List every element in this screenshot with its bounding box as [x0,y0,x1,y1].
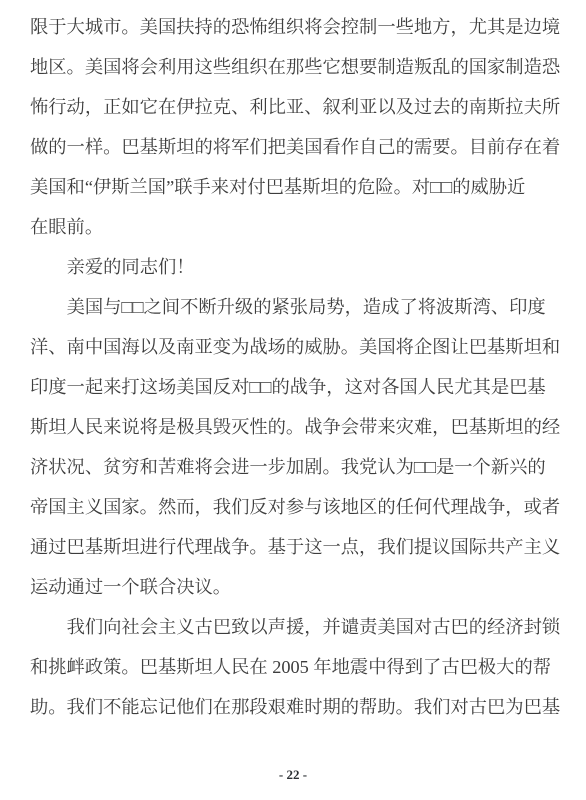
text-line: 在眼前。 [30,207,564,247]
text-line: 济状况、贫穷和苦难将会进一步加剧。我党认为□□是一个新兴的 [30,447,564,487]
text-line: 美国与□□之间不断升级的紧张局势，造成了将波斯湾、印度 [30,287,564,327]
text-line: 洋、南中国海以及南亚变为战场的威胁。美国将企图让巴基斯坦和 [30,327,564,367]
document-page: 限于大城市。美国扶持的恐怖组织将会控制一些地方，尤其是边境地区。美国将会利用这些… [0,0,586,800]
text-line: 和挑衅政策。巴基斯坦人民在 2005 年地震中得到了古巴极大的帮 [30,647,564,687]
text-line: 运动通过一个联合决议。 [30,567,564,607]
text-line: 亲爱的同志们！ [30,247,564,287]
text-line: 助。我们不能忘记他们在那段艰难时期的帮助。我们对古巴为巴基 [30,687,564,727]
page-text-block: 限于大城市。美国扶持的恐怖组织将会控制一些地方，尤其是边境地区。美国将会利用这些… [30,7,564,727]
text-line: 帝国主义国家。然而，我们反对参与该地区的任何代理战争，或者 [30,487,564,527]
text-line: 美国和“伊斯兰国”联手来对付巴基斯坦的危险。对□□的威胁近 [30,167,564,207]
text-line: 地区。美国将会利用这些组织在那些它想要制造叛乱的国家制造恐 [30,47,564,87]
text-line: 做的一样。巴基斯坦的将军们把美国看作自己的需要。目前存在着 [30,127,564,167]
text-line: 我们向社会主义古巴致以声援，并谴责美国对古巴的经济封锁 [30,607,564,647]
text-line: 印度一起来打这场美国反对□□的战争，这对各国人民尤其是巴基 [30,367,564,407]
text-line: 斯坦人民来说将是极具毁灭性的。战争会带来灾难，巴基斯坦的经 [30,407,564,447]
page-number: - 22 - [0,766,586,784]
text-line: 怖行动，正如它在伊拉克、利比亚、叙利亚以及过去的南斯拉夫所 [30,87,564,127]
text-line: 通过巴基斯坦进行代理战争。基于这一点，我们提议国际共产主义 [30,527,564,567]
text-line: 限于大城市。美国扶持的恐怖组织将会控制一些地方，尤其是边境 [30,7,564,47]
